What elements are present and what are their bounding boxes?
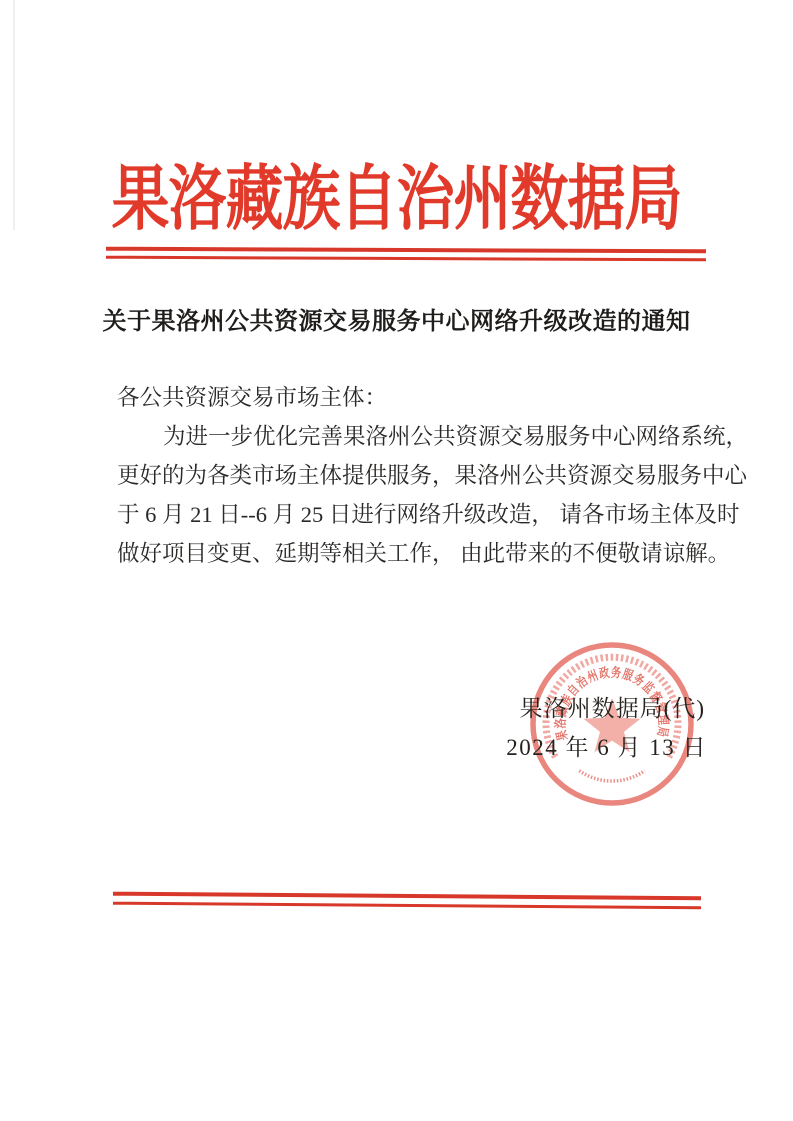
signature-date: 2024 年 6 月 13 日 <box>506 733 707 763</box>
body-line: 更好的为各类市场主体提供服务，果洛州公共资源交易服务中心 <box>117 456 707 495</box>
letterhead-rule-top-1 <box>106 247 706 254</box>
seal-serial-marks <box>579 771 644 781</box>
footer-rule-2 <box>113 902 701 910</box>
footer-rule-1 <box>113 892 701 901</box>
signature-authority: 果洛州数据局(代) <box>520 694 705 724</box>
body-line: 做好项目变更、延期等相关工作， 由此带来的不便敬请谅解。 <box>117 534 707 573</box>
official-seal: 果洛藏族自治州政务服务监督管理局 <box>517 629 707 819</box>
document-page: 果洛藏族自治州数据局 关于果洛州公共资源交易服务中心网络升级改造的通知 各公共资… <box>0 0 793 1121</box>
notice-title: 关于果洛州公共资源交易服务中心网络升级改造的通知 <box>0 303 793 341</box>
body-line: 为进一步优化完善果洛州公共资源交易服务中心网络系统， <box>117 417 707 456</box>
letterhead-title: 果洛藏族自治州数据局 <box>0 165 793 236</box>
body-line: 于 6 月 21 日--6 月 25 日进行网络升级改造， 请各市场主体及时 <box>117 495 707 534</box>
salutation: 各公共资源交易市场主体： <box>117 378 707 417</box>
letterhead-rule-top-2 <box>106 256 706 262</box>
notice-body: 各公共资源交易市场主体： 为进一步优化完善果洛州公共资源交易服务中心网络系统， … <box>117 378 707 573</box>
